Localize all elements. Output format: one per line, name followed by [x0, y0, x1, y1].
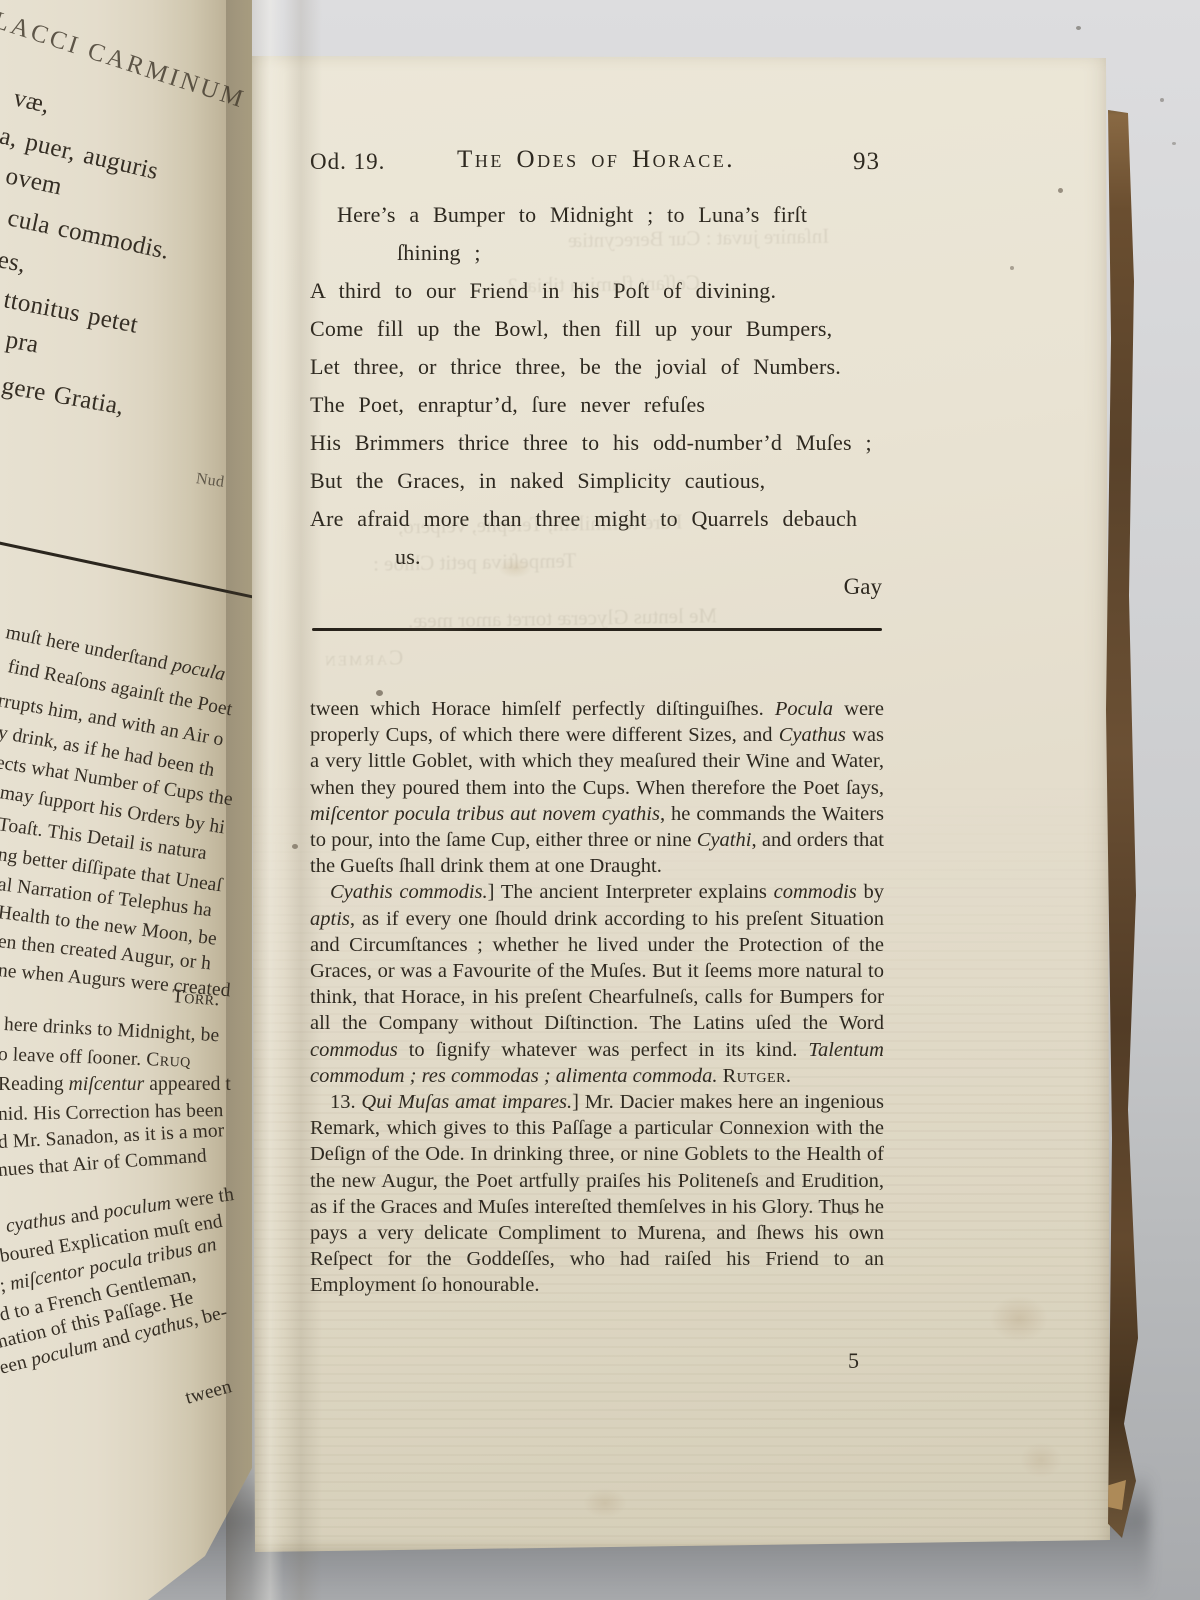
- commentary-paragraph: 13. Qui Muſas amat impares.] Mr. Dacier …: [310, 1089, 884, 1299]
- poem-line: Here’s a Bumper to Midnight ; to Luna’s …: [310, 196, 896, 234]
- ink-speck: [1058, 188, 1063, 193]
- running-title: The Odes of Horace.: [310, 146, 882, 174]
- page-header: Od. 19. The Odes of Horace. 93: [310, 146, 882, 180]
- left-page-line-fragment: væ,: [11, 84, 53, 119]
- left-page-line-fragment: o leave off ſooner. Cruq: [0, 1044, 191, 1073]
- leather-chip: [1106, 1480, 1126, 1510]
- commentary-block: tween which Horace himſelf perfectly diſ…: [310, 696, 884, 1299]
- ink-speck: [292, 844, 298, 849]
- poem-line: Are afraid more than three might to Quar…: [310, 500, 896, 538]
- bleedthrough-text: Carmen: [323, 645, 404, 671]
- poem-line: His Brimmers thrice three to his odd-num…: [310, 424, 896, 462]
- poem-line: Let three, or thrice three, be the jovia…: [310, 348, 896, 386]
- commentary-paragraph: Cyathis commodis.] The ancient Interpret…: [310, 879, 884, 1089]
- foxing-spot: [583, 1488, 627, 1518]
- left-page-line-fragment: here drinks to Midnight, be: [3, 1014, 219, 1047]
- left-page-catchword: tween: [183, 1376, 234, 1409]
- left-page-line-fragment: pra: [4, 326, 41, 359]
- poem-line: Come fill up the Bowl, then fill up your…: [310, 310, 896, 348]
- left-page-line-fragment: cula commodis.: [5, 204, 172, 266]
- left-page-line-fragment: Nud: [195, 470, 226, 492]
- left-page-line-fragment: Torr.: [171, 986, 220, 1011]
- page-number: 93: [853, 148, 880, 176]
- poem-block: Here’s a Bumper to Midnight ; to Luna’s …: [310, 196, 896, 576]
- dust-speck: [1172, 142, 1176, 145]
- book-photograph: Inſanire juvat : Cur Berecyntiæ Ceſſant …: [0, 0, 1200, 1600]
- poem-line: ſhining ;: [310, 234, 896, 272]
- dust-speck: [1160, 98, 1164, 102]
- poem-line: us.: [310, 538, 896, 576]
- poem-line: But the Graces, in naked Simplicity caut…: [310, 462, 896, 500]
- separator-rule: [0, 540, 264, 601]
- left-page-line-fragment: Reading miſcentur appeared t: [0, 1074, 231, 1096]
- poem-attribution: Gay: [310, 574, 884, 600]
- poem-line: A third to our Friend in his Poſt of div…: [310, 272, 896, 310]
- foxing-spot: [1020, 1442, 1062, 1478]
- left-page-line-fragment: gere Gratia,: [0, 372, 126, 421]
- right-page: Inſanire juvat : Cur Berecyntiæ Ceſſant …: [248, 50, 1114, 1560]
- dust-speck: [1076, 26, 1081, 30]
- left-page-line-fragment: es,: [0, 246, 28, 279]
- foxing-spot: [990, 1296, 1048, 1342]
- commentary-paragraph: tween which Horace himſelf perfectly diſ…: [310, 696, 884, 879]
- separator-rule: [312, 628, 882, 631]
- left-page: LACCI CARMINUM Lib væ, a, puer, auguris …: [0, 0, 252, 1600]
- poem-line: The Poet, enraptur’d, ſure never refuſes: [310, 386, 896, 424]
- signature-mark: 5: [848, 1348, 859, 1374]
- ink-speck: [1010, 266, 1014, 270]
- left-page-line-fragment: ovem: [3, 162, 64, 201]
